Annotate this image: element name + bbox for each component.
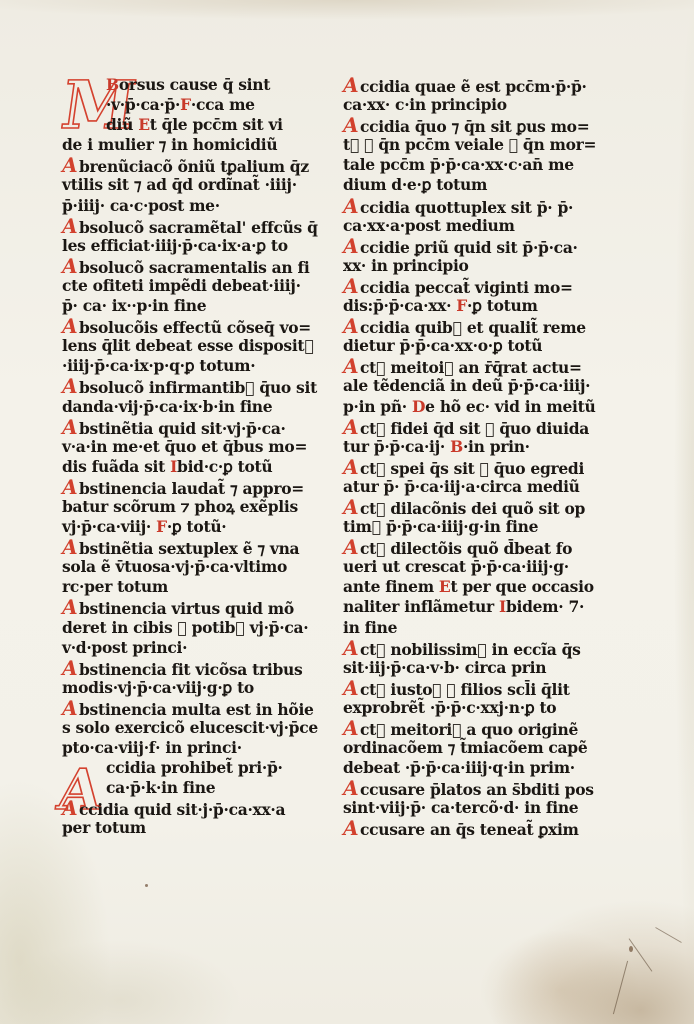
text-segment: batur scõrum ⁊ phoꝝ exẽplis xyxy=(62,497,298,516)
text-line: Act᷒ iustoꝝ ꝑ filios scl̄i q̄lit xyxy=(343,678,588,698)
text-segment: brenũciacõ õniũ tꝑalium q̄z xyxy=(79,157,309,176)
text-segment: rc·per totum xyxy=(62,577,168,596)
text-segment: bstinencia virtus quid mõ xyxy=(79,599,294,618)
text-segment: in fine xyxy=(343,618,397,637)
text-line: ante finem Et per que occasio xyxy=(343,577,588,597)
text-segment: ccusare p̄latos an s̄bditi pos xyxy=(360,780,594,799)
text-line: ordinacõem ⁊ t̃miacõem capẽ xyxy=(343,738,588,758)
rubricated-initial: A xyxy=(341,497,362,517)
text-segment: ·cca me xyxy=(191,95,255,114)
text-line: dis fuãda sit Ibid·c·ꝑ totũ xyxy=(62,457,302,477)
text-segment: dis:p̄·p̄·ca·xx· xyxy=(343,296,456,315)
text-segment: ca·p̄·k·in fine xyxy=(106,778,215,797)
text-segment: modis·vj·p̄·ca·viij·g·ꝑ to xyxy=(62,678,254,697)
text-line: Abstinencia virtus quid mõ xyxy=(62,597,302,617)
text-line: Absolucõ sacramentalis an fi xyxy=(62,256,302,276)
text-line: ca·xx·a·post medium xyxy=(343,216,588,236)
text-line: ·v·p̄·ca·p̄·F·cca me xyxy=(62,95,302,115)
text-line: sola ẽ v̄tuosa·vj·p̄·ca·vltimo xyxy=(62,557,302,577)
text-segment: exprobrẽt̃ ·p̄·p̄·c·xxj·n·ꝑ to xyxy=(343,698,556,717)
ink-spot xyxy=(145,884,148,887)
text-segment: xx· in principio xyxy=(343,256,469,275)
text-line: per totum xyxy=(62,818,302,838)
text-segment: ct᷒ dilacõnis dei quõ sit op xyxy=(360,499,585,518)
text-line: Absolucõ infirmantib᷒ q̄uo sit xyxy=(62,376,302,396)
text-segment: ccidia prohibet̃ pri·p̄· xyxy=(106,758,283,777)
rubricated-initial: A xyxy=(341,75,362,95)
rubric-mark: D xyxy=(412,397,425,416)
text-segment: atur p̄· p̄·ca·iij·a·circa mediũ xyxy=(343,477,580,496)
rubricated-initial: A xyxy=(341,356,362,376)
text-segment: sit·iij·p̄·ca·v·b· circa prin xyxy=(343,658,546,677)
text-line: v·a·in me·et q̄uo et q̄bus mo= xyxy=(62,437,302,457)
text-segment: bsolucõ sacramẽtal' effcũs q̄ xyxy=(79,218,318,237)
text-line: Act᷒ meitori᷒ a quo originẽ xyxy=(343,718,588,738)
text-segment: de i mulier ⁊ in homicidiũ xyxy=(62,135,277,154)
text-line: Accidia q̄uo ⁊ q̄n sit ꝑus mo= xyxy=(343,115,588,135)
text-line: Borsus cause q̄ sint xyxy=(62,75,302,95)
text-segment: bstinencia fit vicõsa tribus xyxy=(79,660,302,679)
text-segment: cte ofiteti impẽdi debeat·iiij· xyxy=(62,276,301,295)
text-segment: v·a·in me·et q̄uo et q̄bus mo= xyxy=(62,437,307,456)
text-segment: ·ꝑ totum xyxy=(467,296,538,315)
text-segment: orsus cause q̄ sint xyxy=(119,75,270,94)
rubricated-initial: A xyxy=(60,316,81,336)
rubricated-initial: A xyxy=(60,256,81,276)
text-line: Act᷒ meitoi᷒ an r̄q̄rat actu= xyxy=(343,356,588,376)
text-segment: vj·p̄·ca·viij· xyxy=(62,517,156,536)
text-line: t᷒ ⁊ q̄n pcc̄m veiale ⁊ q̄n mor= xyxy=(343,135,588,155)
text-line: ale tẽdenciã in deũ p̄·p̄·ca·iiij· xyxy=(343,376,588,396)
text-segment: bsolucõis effectũ cõseq̄ vo= xyxy=(79,318,311,337)
text-segment: ale tẽdenciã in deũ p̄·p̄·ca·iiij· xyxy=(343,376,590,395)
text-segment: ·v·p̄·ca·p̄· xyxy=(106,95,180,114)
text-segment: s solo exercicõ elucescit·vj·p̄ce xyxy=(62,718,318,737)
text-segment: bstinẽtia quid sit·vj·p̄·ca· xyxy=(79,419,286,438)
text-line: Act᷒ dilacõnis dei quõ sit op xyxy=(343,497,588,517)
paper-damage xyxy=(655,927,681,943)
rubric-mark: I xyxy=(170,457,177,476)
text-line: Abstinencia laudat̃ ⁊ appro= xyxy=(62,477,302,497)
rubricated-initial: A xyxy=(341,115,362,135)
text-segment: p̄·iiij· ca·c·post me· xyxy=(62,196,220,215)
text-line: exprobrẽt̃ ·p̄·p̄·c·xxj·n·ꝑ to xyxy=(343,698,588,718)
rubricated-initial: A xyxy=(60,417,81,437)
text-segment: tim᷒ p̄·p̄·ca·iiij·g·in fine xyxy=(343,517,538,536)
text-segment: ct᷒ fidei q̄d sit ⁊ q̄uo diuida xyxy=(360,419,589,438)
rubricated-initial: A xyxy=(341,818,362,838)
text-segment: bstinẽtia sextuplex ẽ ⁊ vna xyxy=(79,539,299,558)
text-line: xx· in principio xyxy=(343,256,588,276)
text-segment: ccidie ꝑriũ quid sit p̄·p̄·ca· xyxy=(360,238,578,257)
text-segment: naliter inflãmetur xyxy=(343,597,499,616)
rubricated-initial: A xyxy=(341,457,362,477)
text-segment: ccidia quae ẽ est pcc̄m·p̄·p̄· xyxy=(360,77,587,96)
text-line: p̄·iiij· ca·c·post me· xyxy=(62,196,302,216)
text-line: Accidia quae ẽ est pcc̄m·p̄·p̄· xyxy=(343,75,588,95)
rubric-mark: F xyxy=(180,95,191,114)
text-line: de i mulier ⁊ in homicidiũ xyxy=(62,135,302,155)
text-segment: bid·c·ꝑ totũ xyxy=(177,457,272,476)
text-segment: ct᷒ nobilissim᷒ in eccĩa q̄s xyxy=(360,640,581,659)
left-column: Borsus cause q̄ sint·v·p̄·ca·p̄·F·cca me… xyxy=(62,75,302,839)
text-segment: ueri ut crescat p̄·p̄·ca·iiij·g· xyxy=(343,557,569,576)
text-segment: lens q̄lit debeat esse disposit᷒ xyxy=(62,336,314,355)
rubricated-initial: A xyxy=(341,276,362,296)
text-segment: t per que occasio xyxy=(450,577,593,596)
text-segment: sola ẽ v̄tuosa·vj·p̄·ca·vltimo xyxy=(62,557,287,576)
text-segment: diũ xyxy=(106,115,138,134)
text-segment: ct᷒ dilectõis quõ d̄beat fo xyxy=(360,539,572,558)
text-line: Accidie ꝑriũ quid sit p̄·p̄·ca· xyxy=(343,236,588,256)
rubricated-initial: A xyxy=(341,537,362,557)
paper-damage xyxy=(613,961,628,1014)
text-line: rc·per totum xyxy=(62,577,302,597)
rubricated-initial: A xyxy=(60,597,81,617)
text-segment: dis fuãda sit xyxy=(62,457,170,476)
text-line: Accidia peccat̃ viginti mo= xyxy=(343,276,588,296)
text-segment: t q̄le pcc̄m sit vi xyxy=(150,115,283,134)
text-segment: ct᷒ meitori᷒ a quo originẽ xyxy=(360,720,578,739)
rubricated-initial: A xyxy=(60,698,81,718)
text-segment: les efficiat·iiij·p̄·ca·ix·a·ꝑ to xyxy=(62,236,288,255)
rubricated-initial: A xyxy=(60,376,81,396)
text-segment: debeat ·p̄·p̄·ca·iiij·q·in prim· xyxy=(343,758,575,777)
text-line: naliter inflãmetur Ibidem· 7· xyxy=(343,597,588,617)
text-line: in fine xyxy=(343,618,588,638)
text-line: Accusare an q̄s teneat̃ ꝑxim xyxy=(343,818,588,838)
rubric-mark: F xyxy=(456,296,467,315)
text-segment: e hõ ec· vid in meitũ xyxy=(425,397,595,416)
rubric-mark: E xyxy=(138,115,150,134)
text-line: batur scõrum ⁊ phoꝝ exẽplis xyxy=(62,497,302,517)
rubricated-initial: A xyxy=(341,417,362,437)
text-segment: v·d·post princi· xyxy=(62,638,187,657)
text-segment: bidem· 7· xyxy=(506,597,584,616)
right-column: Accidia quae ẽ est pcc̄m·p̄·p̄·ca·xx· c·… xyxy=(343,75,588,839)
text-line: Abstinencia fit vicõsa tribus xyxy=(62,658,302,678)
text-line: vj·p̄·ca·viij· F·ꝑ totũ· xyxy=(62,517,302,537)
rubricated-initial: A xyxy=(341,718,362,738)
rubricated-initial: A xyxy=(60,477,81,497)
text-segment: ct᷒ meitoi᷒ an r̄q̄rat actu= xyxy=(360,358,582,377)
text-line: vtilis sit ⁊ ad q̄d ordĩnat̃ ·iiij· xyxy=(62,175,302,195)
text-line: dium d·e·ꝑ totum xyxy=(343,175,588,195)
rubricated-initial: A xyxy=(341,778,362,798)
text-segment: p̄· ca· ix··p·in fine xyxy=(62,296,206,315)
manuscript-page: M A Borsus cause q̄ sint·v·p̄·ca·p̄·F·cc… xyxy=(0,0,694,1024)
rubric-mark: B xyxy=(106,75,119,94)
rubricated-initial: A xyxy=(341,678,362,698)
text-line: Absolucõis effectũ cõseq̄ vo= xyxy=(62,316,302,336)
text-line: Accidia quib᷒ et qualit̃ reme xyxy=(343,316,588,336)
text-line: ccidia prohibet̃ pri·p̄· xyxy=(62,758,302,778)
text-line: v·d·post princi· xyxy=(62,638,302,658)
text-segment: t᷒ ⁊ q̄n pcc̄m veiale ⁊ q̄n mor= xyxy=(343,135,596,154)
text-segment: danda·vij·p̄·ca·ix·b·in fine xyxy=(62,397,272,416)
text-segment: bstinencia multa est in hõie xyxy=(79,700,314,719)
text-segment: ·ꝑ totũ· xyxy=(167,517,227,536)
text-line: tim᷒ p̄·p̄·ca·iiij·g·in fine xyxy=(343,517,588,537)
rubricated-initial: A xyxy=(341,196,362,216)
text-line: Accidia quottuplex sit p̄· p̄· xyxy=(343,196,588,216)
text-line: Act᷒ dilectõis quõ d̄beat fo xyxy=(343,537,588,557)
text-line: ueri ut crescat p̄·p̄·ca·iiij·g· xyxy=(343,557,588,577)
text-line: Act᷒ fidei q̄d sit ⁊ q̄uo diuida xyxy=(343,417,588,437)
text-segment: pto·ca·viij·f· in princi· xyxy=(62,738,242,757)
text-segment: p·in pñ· xyxy=(343,397,412,416)
text-segment: ·iiij·p̄·ca·ix·p·q·ꝑ totum· xyxy=(62,356,255,375)
text-line: sit·iij·p̄·ca·v·b· circa prin xyxy=(343,658,588,678)
rubric-mark: E xyxy=(439,577,451,596)
text-line: s solo exercicõ elucescit·vj·p̄ce xyxy=(62,718,302,738)
text-segment: vtilis sit ⁊ ad q̄d ordĩnat̃ ·iiij· xyxy=(62,175,297,194)
text-line: tale pcc̄m p̄·p̄·ca·xx·c·an̄ me xyxy=(343,155,588,175)
text-segment: ccidia peccat̃ viginti mo= xyxy=(360,278,573,297)
text-line: tur p̄·p̄·ca·ij· B·in prin· xyxy=(343,437,588,457)
rubricated-initial: A xyxy=(341,236,362,256)
text-line: Abstinencia multa est in hõie xyxy=(62,698,302,718)
text-line: Act᷒ spei q̄s sit ⁊ q̄uo egredi xyxy=(343,457,588,477)
text-line: ca·xx· c·in principio xyxy=(343,95,588,115)
text-line: modis·vj·p̄·ca·viij·g·ꝑ to xyxy=(62,678,302,698)
text-line: atur p̄· p̄·ca·iij·a·circa mediũ xyxy=(343,477,588,497)
text-line: sint·viij·p̄· ca·tercõ·d· in fine xyxy=(343,798,588,818)
ink-spot xyxy=(629,946,633,952)
text-segment: ccidia quib᷒ et qualit̃ reme xyxy=(360,318,586,337)
text-line: Act᷒ nobilissim᷒ in eccĩa q̄s xyxy=(343,638,588,658)
text-segment: tale pcc̄m p̄·p̄·ca·xx·c·an̄ me xyxy=(343,155,574,174)
text-segment: deret in cibis ⁊ potib᷒ vj·p̄·ca· xyxy=(62,618,308,637)
text-segment: ca·xx· c·in principio xyxy=(343,95,507,114)
text-line: pto·ca·viij·f· in princi· xyxy=(62,738,302,758)
text-segment: ·in prin· xyxy=(463,437,530,456)
text-line: danda·vij·p̄·ca·ix·b·in fine xyxy=(62,397,302,417)
paper-damage xyxy=(629,938,653,971)
text-segment: ordinacõem ⁊ t̃miacõem capẽ xyxy=(343,738,587,757)
text-line: cte ofiteti impẽdi debeat·iiij· xyxy=(62,276,302,296)
text-line: Accidia quid sit·j·p̄·ca·xx·a xyxy=(62,798,302,818)
text-segment: dietur p̄·p̄·ca·xx·o·ꝑ totũ xyxy=(343,336,542,355)
text-line: ca·p̄·k·in fine xyxy=(62,778,302,798)
text-line: Accusare p̄latos an s̄bditi pos xyxy=(343,778,588,798)
rubricated-initial: A xyxy=(60,658,81,678)
text-line: Abrenũciacõ õniũ tꝑalium q̄z xyxy=(62,155,302,175)
text-line: Abstinẽtia sextuplex ẽ ⁊ vna xyxy=(62,537,302,557)
text-segment: ct᷒ spei q̄s sit ⁊ q̄uo egredi xyxy=(360,459,584,478)
text-segment: ccidia quottuplex sit p̄· p̄· xyxy=(360,198,573,217)
text-segment: bstinencia laudat̃ ⁊ appro= xyxy=(79,479,304,498)
text-segment: ca·xx·a·post medium xyxy=(343,216,515,235)
rubricated-initial: A xyxy=(60,798,81,818)
text-line: ·iiij·p̄·ca·ix·p·q·ꝑ totum· xyxy=(62,356,302,376)
text-line: debeat ·p̄·p̄·ca·iiij·q·in prim· xyxy=(343,758,588,778)
rubric-mark: I xyxy=(499,597,506,616)
text-segment: ct᷒ iustoꝝ ꝑ filios scl̄i q̄lit xyxy=(360,680,570,699)
text-segment: tur p̄·p̄·ca·ij· xyxy=(343,437,450,456)
rubric-mark: F xyxy=(156,517,167,536)
text-segment: ante finem xyxy=(343,577,439,596)
text-line: p̄· ca· ix··p·in fine xyxy=(62,296,302,316)
text-segment: sint·viij·p̄· ca·tercõ·d· in fine xyxy=(343,798,578,817)
rubricated-initial: A xyxy=(60,537,81,557)
text-line: Abstinẽtia quid sit·vj·p̄·ca· xyxy=(62,417,302,437)
text-line: deret in cibis ⁊ potib᷒ vj·p̄·ca· xyxy=(62,618,302,638)
rubricated-initial: A xyxy=(341,316,362,336)
text-line: p·in pñ· De hõ ec· vid in meitũ xyxy=(343,397,588,417)
text-line: Absolucõ sacramẽtal' effcũs q̄ xyxy=(62,216,302,236)
rubricated-initial: A xyxy=(60,155,81,175)
text-line: dis:p̄·p̄·ca·xx· F·ꝑ totum xyxy=(343,296,588,316)
text-segment: ccidia quid sit·j·p̄·ca·xx·a xyxy=(79,800,285,819)
text-segment: bsolucõ sacramentalis an fi xyxy=(79,258,309,277)
rubricated-initial: A xyxy=(60,216,81,236)
text-segment: dium d·e·ꝑ totum xyxy=(343,175,487,194)
text-line: lens q̄lit debeat esse disposit᷒ xyxy=(62,336,302,356)
text-line: diũ Et q̄le pcc̄m sit vi xyxy=(62,115,302,135)
text-segment: ccusare an q̄s teneat̃ ꝑxim xyxy=(360,820,579,839)
text-segment: bsolucõ infirmantib᷒ q̄uo sit xyxy=(79,378,317,397)
text-segment: per totum xyxy=(62,818,146,837)
rubricated-initial: A xyxy=(341,638,362,658)
text-segment: ccidia q̄uo ⁊ q̄n sit ꝑus mo= xyxy=(360,117,589,136)
text-line: les efficiat·iiij·p̄·ca·ix·a·ꝑ to xyxy=(62,236,302,256)
text-line: dietur p̄·p̄·ca·xx·o·ꝑ totũ xyxy=(343,336,588,356)
rubric-mark: B xyxy=(450,437,463,456)
